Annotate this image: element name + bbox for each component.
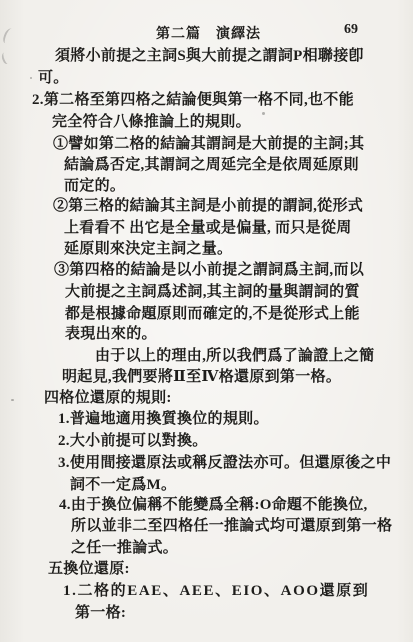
text-line: 上看看不 出它是全量或是偏量, 而只是從周 — [64, 221, 352, 236]
text-line: 第一格: — [75, 606, 126, 621]
text-line: 須將小前提之主詞S與大前提之謂詞P相聯接卽 — [55, 49, 364, 64]
pencil-mark — [0, 51, 12, 65]
text-line: 完全符合八條推論上的規則。 — [52, 115, 251, 130]
ink-speck — [30, 77, 32, 79]
section-title: 第二篇 演繹法 — [156, 23, 261, 43]
text-line: 明起見,我們要將Ⅱ至Ⅳ格還原到第一格。 — [62, 370, 341, 385]
text-line: 表現出來的。 — [65, 327, 157, 342]
pencil-mark — [2, 27, 16, 45]
book-page-scan: 第二篇 演繹法 69 須將小前提之主詞S與大前提之謂詞P相聯接卽 可。 2.第二… — [0, 0, 413, 642]
text-line: ②第三格的結論其主詞是小前提的謂詞,從形式 — [53, 199, 363, 214]
text-line: 五換位還原: — [48, 562, 130, 577]
text-line: 可。 — [38, 71, 69, 86]
text-line: 4.由于換位偏稱不能變爲全稱:O命題不能換位, — [59, 498, 368, 513]
ink-speck — [262, 112, 265, 115]
text-line: 四格位還原的規則: — [44, 391, 172, 406]
text-line: 都是根據命題原則而確定的,不是從形式上能 — [65, 307, 360, 322]
text-line: 由于以上的理由,所以我們爲了論證上之簡 — [95, 349, 374, 364]
text-line: 詞不一定爲M。 — [70, 478, 176, 493]
text-line: 大前提之主詞爲述詞,其主詞的量與謂詞的質 — [65, 285, 360, 300]
text-line: 1.普遍地適用換質換位的規則。 — [58, 412, 269, 427]
ink-speck — [11, 399, 14, 401]
text-line: 所以並非二至四格任一推論式均可還原到第一格 — [71, 519, 392, 534]
text-line: 1.二格的EAE、AEE、EIO、AOO還原到 — [63, 584, 369, 599]
text-line: 結論爲否定,其謂詞之周延完全是依周延原則 — [64, 158, 359, 173]
page-number: 69 — [344, 22, 358, 38]
text-line: ①譬如第二格的結論其謂詞是大前提的主詞;其 — [53, 137, 364, 152]
text-line: ③第四格的結論是以小前提之謂詞爲主詞,而以 — [54, 263, 364, 278]
text-line: 3.使用間接還原法或稱反證法亦可。但還原後之中 — [58, 456, 391, 471]
text-line: 之任一推論式。 — [71, 541, 178, 556]
text-line: 2.大小前提可以對換。 — [58, 434, 208, 449]
text-line: 而定的。 — [64, 179, 125, 194]
text-line: 2.第二格至第四格之結論便與第一格不同,也不能 — [32, 93, 354, 108]
text-line: 延原則來決定主詞之量。 — [64, 242, 232, 257]
